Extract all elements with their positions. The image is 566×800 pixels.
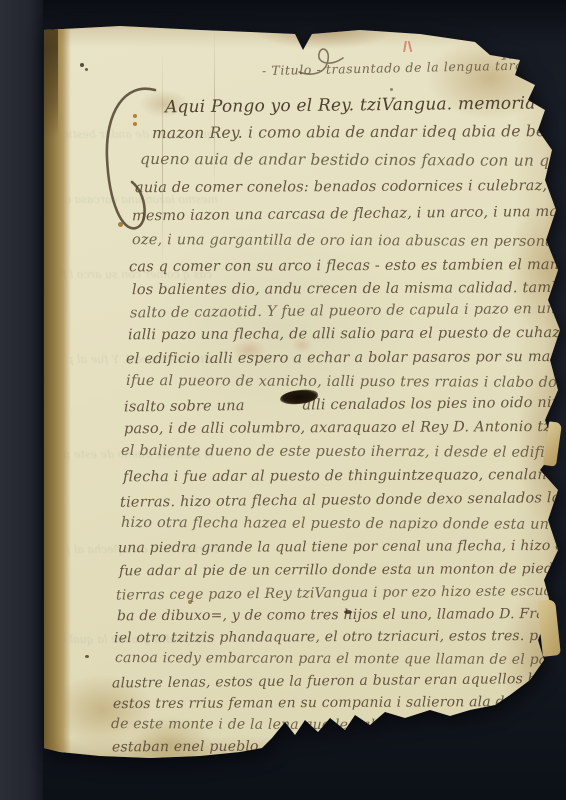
manuscript-page: queno auia de andar bestido cinos faxado… — [44, 18, 562, 764]
manuscript-line: tierras. hizo otra flecha al puesto dond… — [120, 489, 562, 511]
manuscript-line: Aqui Pongo yo el Rey. tziVangua. memoria… — [165, 93, 562, 118]
paper-sheet: queno auia de andar bestido cinos faxado… — [44, 18, 562, 762]
manuscript-line: estos tres rrius feman en su compania i … — [113, 694, 536, 712]
manuscript-line: oze, i una gargantilla de oro ian ioa ab… — [132, 232, 554, 250]
manuscript-line: ifue al pueoro de xanicho, ialli puso tr… — [126, 373, 562, 391]
manuscript-line: queno auia de andar bestido cinos faxado… — [140, 150, 562, 170]
manuscript-line: ba de dibuxo=, y de como tres hijos el u… — [117, 606, 562, 625]
ink-speck — [85, 68, 88, 71]
ink-speck — [188, 600, 192, 604]
ink-speck — [118, 222, 123, 227]
ink-speck — [390, 88, 393, 91]
manuscript-line: mazon Rey. i como abia de andar ideq abi… — [152, 122, 562, 142]
manuscript-line: de este monte i de la lena que le daban,… — [111, 716, 528, 734]
manuscript-line: fue adar al pie de un cerrillo donde est… — [119, 561, 562, 580]
manuscript-line: salto de cazaotid. Y fue al pueoro de ca… — [130, 301, 562, 322]
ink-speck — [133, 122, 137, 126]
manuscript-line: canoa icedy embarcaron para el monte que… — [115, 650, 557, 668]
manuscript-line: alustre lenas, estos que la fueron a bus… — [112, 670, 562, 691]
manuscript-line: los balientes dio, andu crecen de la mis… — [132, 280, 562, 298]
manuscript-line: estaban enel pueblo — [112, 739, 259, 756]
scan-background-left — [0, 0, 43, 800]
manuscript-line: hizo otra flecha hazea el puesto de napi… — [121, 515, 562, 533]
manuscript-line: el edificio ialli espero a echar a bolar… — [126, 349, 562, 368]
manuscript-line: iel otro tzitzis phandaquare, el otro tz… — [114, 628, 562, 646]
ink-speck — [80, 63, 84, 67]
red-pencil-mark — [402, 41, 412, 54]
manuscript-line: ialli pazo una flecha, de alli salio par… — [128, 325, 562, 343]
manuscript-line: tierras ceqe pazo el Rey tziVangua i por… — [116, 582, 562, 603]
manuscript-line: mesmo iazon una carcasa de flechaz, i un… — [132, 204, 562, 225]
manuscript-line: una piedra grande la qual tiene por cena… — [118, 538, 562, 556]
manuscript-line: auia de comer conelos: benados codornice… — [135, 178, 562, 196]
manuscript-line: paso, i de alli columbro, axaraquazo el … — [124, 419, 562, 437]
manuscript-line: flecha i fue adar al puesto de thinguint… — [123, 467, 562, 486]
pen-flourish-icon — [295, 32, 347, 80]
manuscript-line: cas q comer con su arco i flecas - esto … — [129, 257, 562, 276]
page-number: 12 — [499, 46, 518, 64]
manuscript-scan: queno auia de andar bestido cinos faxado… — [0, 0, 566, 800]
ink-speck — [85, 655, 89, 658]
manuscript-line: el baliente dueno de este puesto iherraz… — [121, 443, 562, 461]
spine-stain — [44, 18, 58, 138]
ink-speck — [344, 610, 352, 614]
manuscript-line: isalto sobre una alli cenalados los pies… — [124, 395, 562, 416]
ink-speck — [133, 114, 137, 118]
